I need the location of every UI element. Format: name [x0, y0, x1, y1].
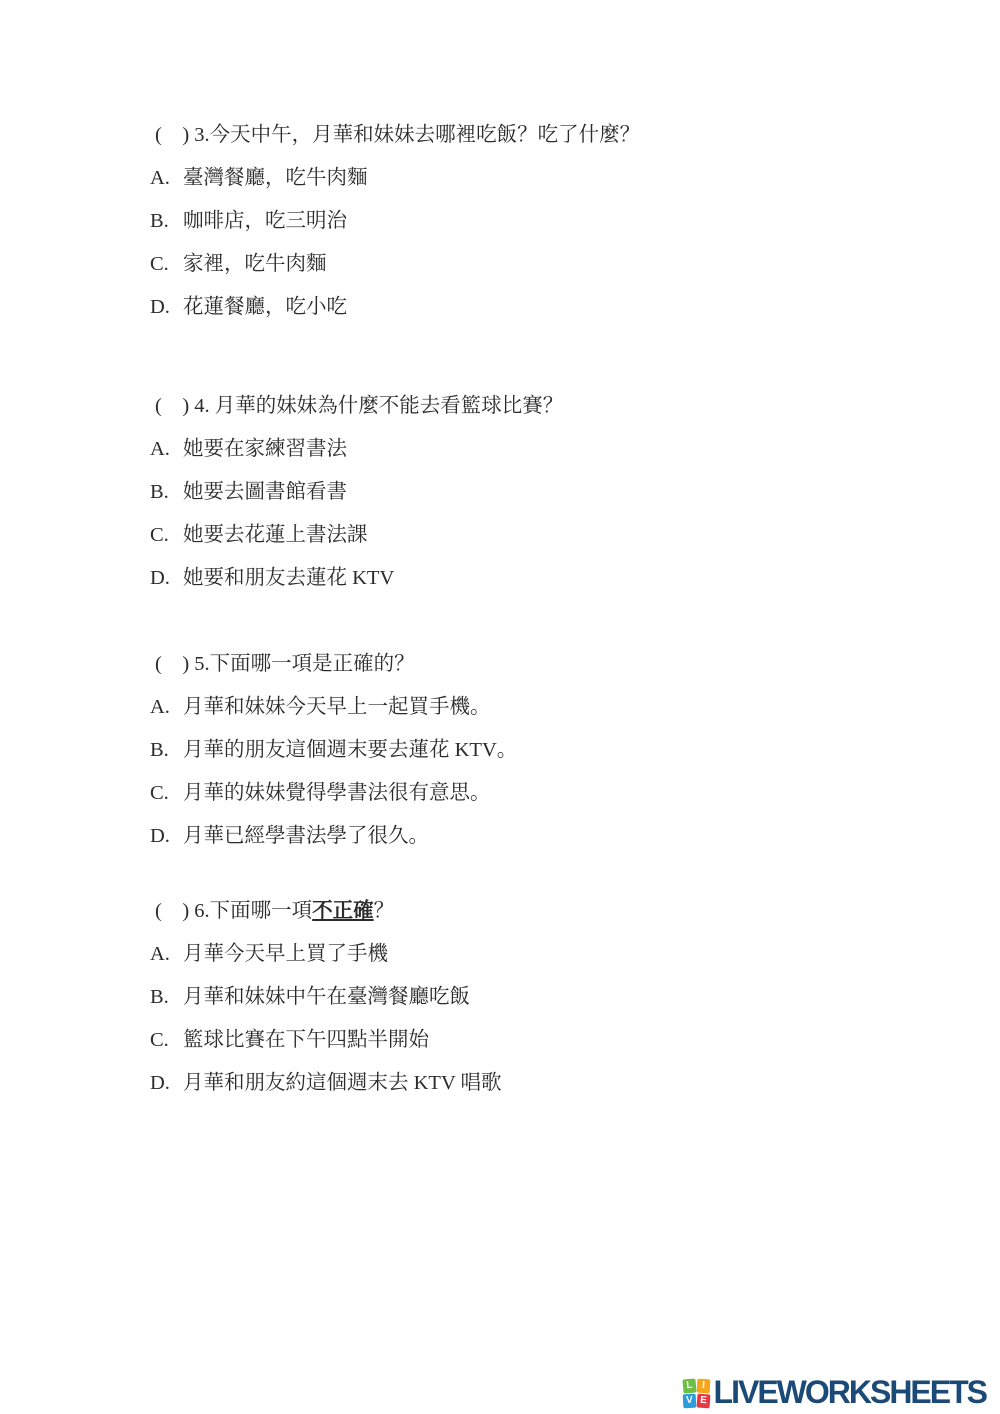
question-6-option-b: B.月華和妹妹中午在臺灣餐廳吃飯 — [150, 976, 960, 1019]
option-label: B. — [150, 200, 183, 243]
option-label: A. — [150, 686, 183, 729]
question-5-option-a: A.月華和妹妹今天早上一起買手機。 — [150, 686, 960, 729]
liveworksheets-logo[interactable]: L I V E LIVEWORKSHEETS — [683, 1375, 986, 1408]
question-4: ( ) 4. 月華的妹妹為什麼不能去看籃球比賽？ A.她要在家練習書法 B.她要… — [150, 385, 960, 600]
question-3-option-c: C.家裡，吃牛肉麵 — [150, 243, 960, 286]
option-text: 花蓮餐廳，吃小吃 — [183, 296, 347, 318]
question-6-option-c: C.籃球比賽在下午四點半開始 — [150, 1019, 960, 1062]
option-label: B. — [150, 471, 183, 514]
brand-wordmark: LIVEWORKSHEETS — [714, 1376, 986, 1408]
option-label: D. — [150, 815, 183, 858]
worksheet-content: ( ) 3.今天中午，月華和妹妹去哪裡吃飯？吃了什麼？ A.臺灣餐廳，吃牛肉麵 … — [150, 114, 960, 1105]
question-5-option-c: C.月華的妹妹覺得學書法很有意思。 — [150, 772, 960, 815]
question-3-option-d: D.花蓮餐廳，吃小吃 — [150, 286, 960, 329]
option-label: D. — [150, 557, 183, 600]
question-3-prompt: ( ) 3.今天中午，月華和妹妹去哪裡吃飯？吃了什麼？ — [150, 114, 960, 157]
option-text: 月華的妹妹覺得學書法很有意思。 — [183, 782, 491, 804]
option-text: 她要去圖書館看書 — [183, 481, 347, 503]
question-6-prompt-emphasis: 不正確 — [312, 900, 374, 922]
question-3-prompt-text: ( ) 3.今天中午，月華和妹妹去哪裡吃飯？吃了什麼？ — [155, 124, 640, 146]
question-3: ( ) 3.今天中午，月華和妹妹去哪裡吃飯？吃了什麼？ A.臺灣餐廳，吃牛肉麵 … — [150, 114, 960, 329]
question-6-option-a: A.月華今天早上買了手機 — [150, 933, 960, 976]
option-label: D. — [150, 1062, 183, 1105]
logo-square-i: I — [696, 1379, 710, 1394]
option-text: 月華和妹妹中午在臺灣餐廳吃飯 — [183, 986, 470, 1008]
option-text: 月華和朋友約這個週末去 KTV 唱歌 — [183, 1072, 502, 1094]
option-text: 她要在家練習書法 — [183, 438, 347, 460]
question-4-prompt: ( ) 4. 月華的妹妹為什麼不能去看籃球比賽？ — [150, 385, 960, 428]
option-text: 咖啡店，吃三明治 — [183, 210, 347, 232]
option-label: C. — [150, 243, 183, 286]
option-label: A. — [150, 933, 183, 976]
question-6-prompt: ( ) 6.下面哪一項不正確？ — [150, 890, 960, 933]
option-text: 月華今天早上買了手機 — [183, 943, 388, 965]
option-text: 家裡，吃牛肉麵 — [183, 253, 327, 275]
question-6-prompt-suffix: ？ — [374, 900, 395, 922]
option-label: C. — [150, 514, 183, 557]
option-text: 她要和朋友去蓮花 KTV — [183, 567, 394, 589]
logo-square-v: V — [682, 1394, 696, 1409]
option-label: A. — [150, 157, 183, 200]
option-label: A. — [150, 428, 183, 471]
question-6-option-d: D.月華和朋友約這個週末去 KTV 唱歌 — [150, 1062, 960, 1105]
logo-square-l: L — [682, 1378, 696, 1393]
option-text: 月華的朋友這個週末要去蓮花 KTV。 — [183, 739, 517, 761]
option-label: B. — [150, 976, 183, 1019]
question-6-prompt-text: ( ) 6.下面哪一項 — [155, 900, 312, 922]
question-6: ( ) 6.下面哪一項不正確？ A.月華今天早上買了手機 B.月華和妹妹中午在臺… — [150, 890, 960, 1105]
option-text: 月華已經學書法學了很久。 — [183, 825, 429, 847]
worksheet-page: ( ) 3.今天中午，月華和妹妹去哪裡吃飯？吃了什麼？ A.臺灣餐廳，吃牛肉麵 … — [0, 0, 1000, 1414]
question-5-prompt-text: ( ) 5.下面哪一項是正確的？ — [155, 653, 415, 675]
option-text: 臺灣餐廳，吃牛肉麵 — [183, 167, 368, 189]
option-text: 籃球比賽在下午四點半開始 — [183, 1029, 429, 1051]
question-5-option-b: B.月華的朋友這個週末要去蓮花 KTV。 — [150, 729, 960, 772]
question-3-option-a: A.臺灣餐廳，吃牛肉麵 — [150, 157, 960, 200]
liveworksheets-grid-icon: L I V E — [683, 1379, 710, 1408]
question-4-option-a: A.她要在家練習書法 — [150, 428, 960, 471]
question-4-option-b: B.她要去圖書館看書 — [150, 471, 960, 514]
option-text: 她要去花蓮上書法課 — [183, 524, 368, 546]
option-label: C. — [150, 1019, 183, 1062]
option-label: C. — [150, 772, 183, 815]
question-4-prompt-text: ( ) 4. 月華的妹妹為什麼不能去看籃球比賽？ — [155, 395, 563, 417]
question-4-option-c: C.她要去花蓮上書法課 — [150, 514, 960, 557]
question-3-option-b: B.咖啡店，吃三明治 — [150, 200, 960, 243]
logo-square-e: E — [696, 1394, 710, 1409]
option-label: B. — [150, 729, 183, 772]
question-5-option-d: D.月華已經學書法學了很久。 — [150, 815, 960, 858]
option-label: D. — [150, 286, 183, 329]
question-5-prompt: ( ) 5.下面哪一項是正確的？ — [150, 643, 960, 686]
option-text: 月華和妹妹今天早上一起買手機。 — [183, 696, 491, 718]
question-4-option-d: D.她要和朋友去蓮花 KTV — [150, 557, 960, 600]
question-5: ( ) 5.下面哪一項是正確的？ A.月華和妹妹今天早上一起買手機。 B.月華的… — [150, 643, 960, 858]
